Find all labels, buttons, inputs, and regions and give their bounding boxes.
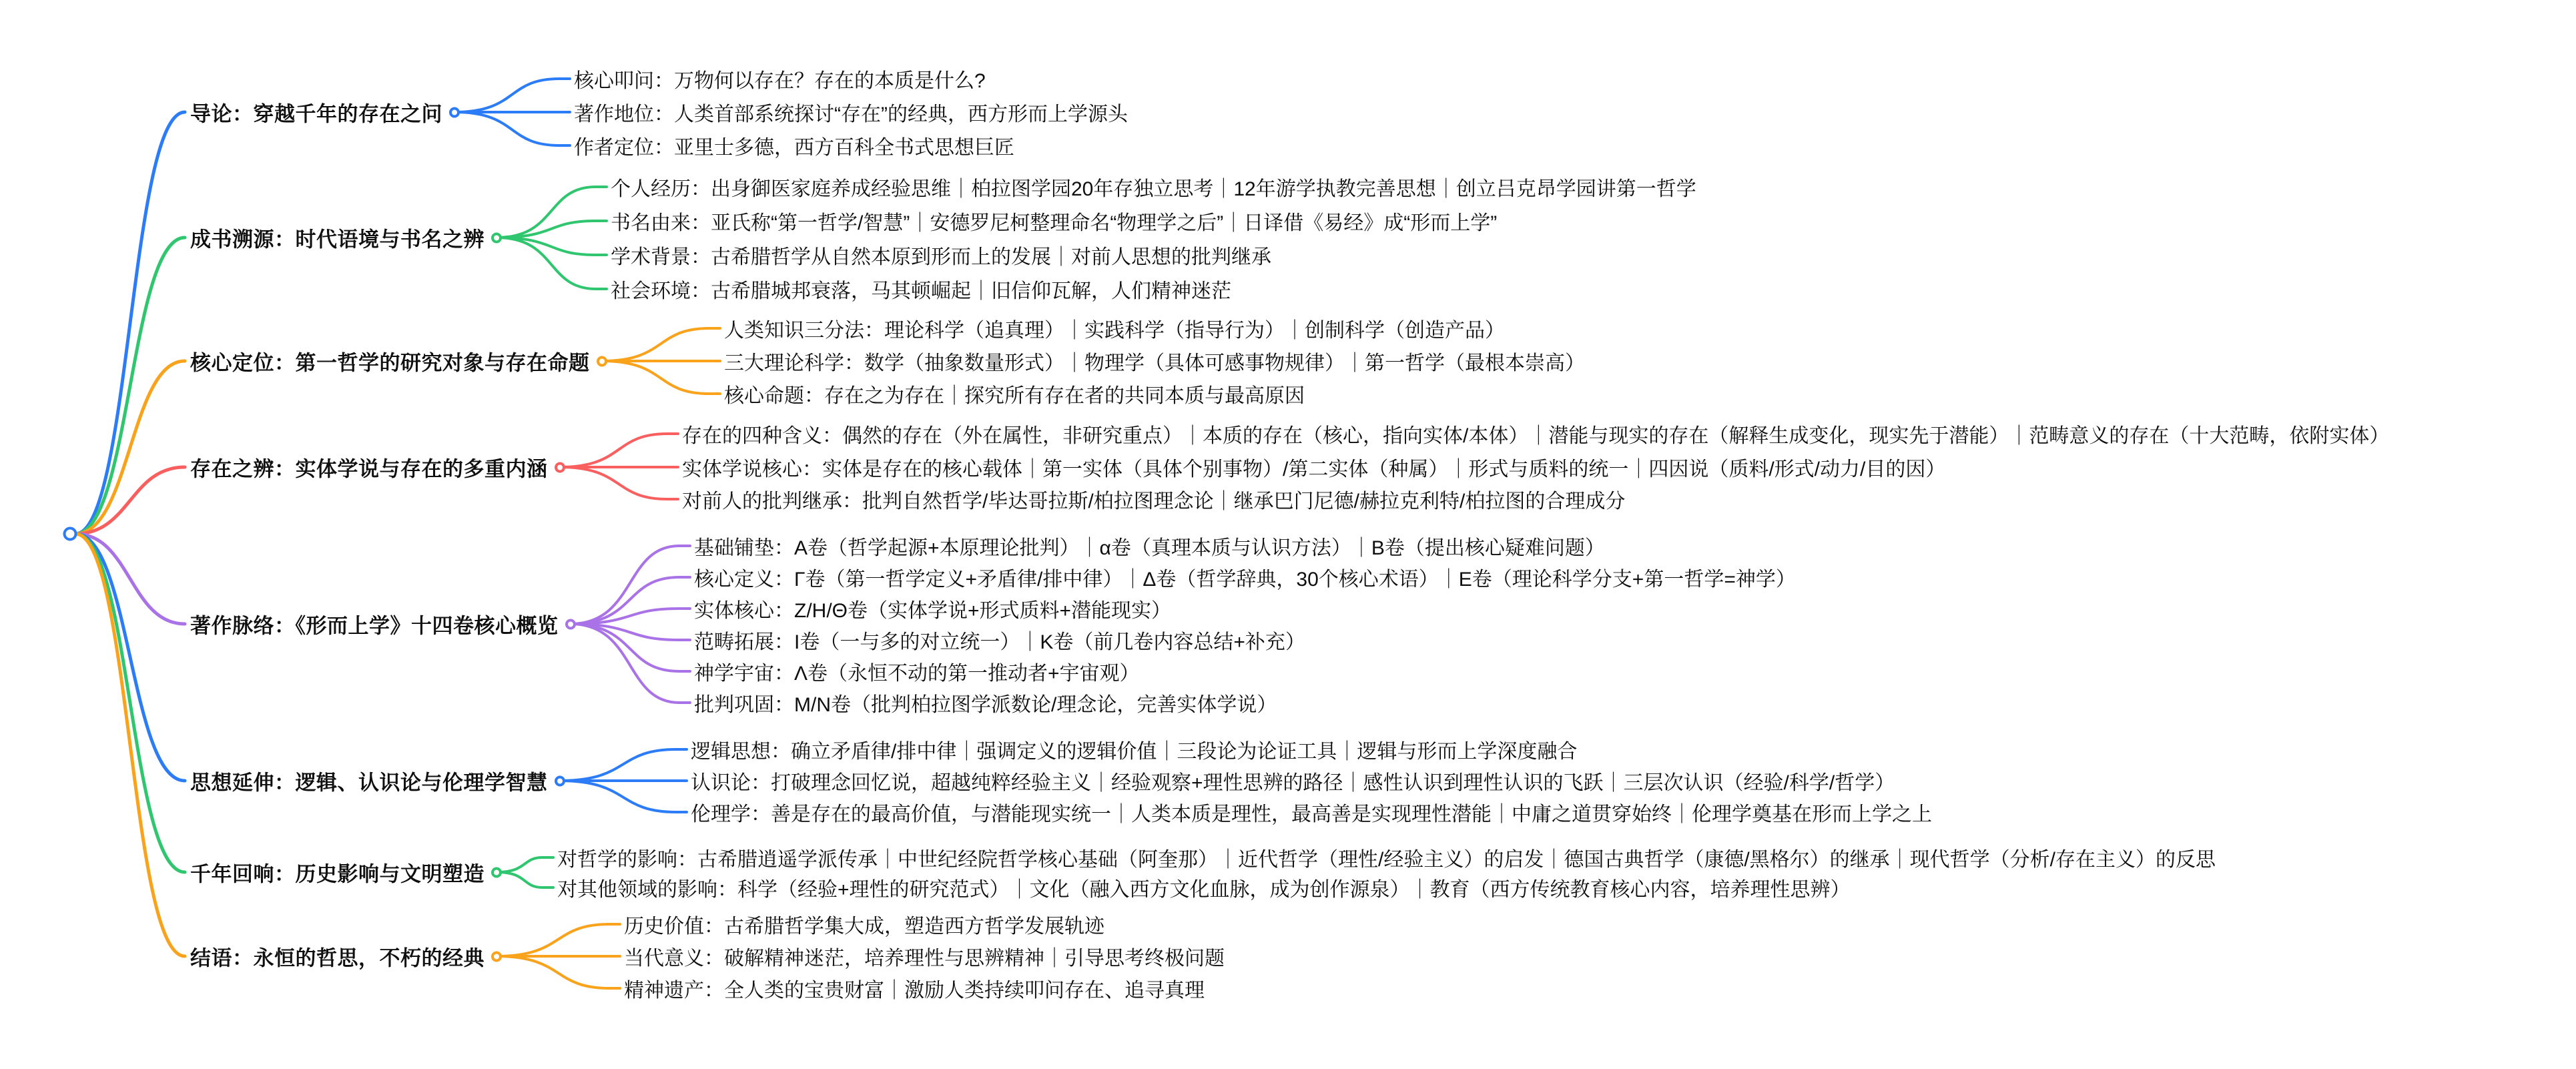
branch-label: 核心定位：第一哲学的研究对象与存在命题 bbox=[190, 346, 590, 376]
child-node[interactable]: 个人经历：出身御医家庭养成经验思维｜柏拉图学园20年存独立思考｜12年游学执教完… bbox=[611, 172, 1696, 202]
child-node[interactable]: 批判巩固：M/N卷（批判柏拉图学派数论/理念论，完善实体学说） bbox=[694, 688, 1277, 717]
child-node[interactable]: 核心叩问：万物何以存在？存在的本质是什么? bbox=[574, 64, 986, 93]
child-node[interactable]: 三大理论科学：数学（抽象数量形式）｜物理学（具体可感事物规律）｜第一哲学（最根本… bbox=[724, 346, 1585, 376]
mindmap-canvas: 导论：穿越千年的存在之问 成书溯源：时代语境与书名之辨 核心定位：第一哲学的研究… bbox=[0, 0, 2576, 1069]
child-label: 历史价值：古希腊哲学集大成，塑造西方哲学发展轨迹 bbox=[624, 916, 1104, 938]
child-label: 三大理论科学：数学（抽象数量形式）｜物理学（具体可感事物规律）｜第一哲学（最根本… bbox=[724, 352, 1585, 374]
root-circle-icon[interactable] bbox=[63, 527, 77, 541]
branch-node[interactable]: 存在之辨：实体学说与存在的多重内涵 bbox=[190, 452, 565, 482]
child-label: 基础铺垫：A卷（哲学起源+本原理论批判）｜α卷（真理本质与认识方法）｜B卷（提出… bbox=[694, 537, 1605, 559]
child-node[interactable]: 实体学说核心：实体是存在的核心载体｜第一实体（具体个别事物）/第二实体（种属）｜… bbox=[682, 452, 1945, 482]
collapse-toggle-icon[interactable] bbox=[555, 462, 565, 472]
child-label: 当代意义：破解精神迷茫，培养理性与思辨精神｜引导思考终极问题 bbox=[624, 948, 1225, 970]
child-label: 实体核心：Z/H/Θ卷（实体学说+形式质料+潜能现实） bbox=[694, 600, 1171, 622]
branch-node[interactable]: 千年回响：历史影响与文明塑造 bbox=[190, 857, 502, 887]
child-label: 书名由来：亚氏称“第一哲学/智慧”｜安德罗尼柯整理命名“物理学之后”｜日译借《易… bbox=[611, 212, 1497, 234]
branch-node[interactable]: 导论：穿越千年的存在之问 bbox=[190, 97, 460, 127]
child-node[interactable]: 精神遗产：全人类的宝贵财富｜激励人类持续叩问存在、追寻真理 bbox=[624, 974, 1205, 1003]
branch-label: 千年回响：历史影响与文明塑造 bbox=[190, 857, 485, 887]
child-node[interactable]: 存在的四种含义：偶然的存在（外在属性，非研究重点）｜本质的存在（核心，指向实体/… bbox=[682, 419, 2389, 448]
child-node[interactable]: 伦理学：善是存在的最高价值，与潜能现实统一｜人类本质是理性，最高善是实现理性潜能… bbox=[691, 797, 1932, 827]
collapse-toggle-icon[interactable] bbox=[491, 951, 502, 962]
collapse-toggle-icon[interactable] bbox=[491, 867, 502, 877]
child-node[interactable]: 作者定位：亚里士多德，西方百科全书式思想巨匠 bbox=[574, 131, 1014, 160]
child-label: 对前人的批判继承：批判自然哲学/毕达哥拉斯/柏拉图理念论｜继承巴门尼德/赫拉克利… bbox=[682, 490, 1625, 512]
child-node[interactable]: 当代意义：破解精神迷茫，培养理性与思辨精神｜引导思考终极问题 bbox=[624, 942, 1225, 971]
child-label: 著作地位：人类首部系统探讨“存在”的经典，西方形而上学源头 bbox=[574, 103, 1128, 125]
branch-node[interactable]: 成书溯源：时代语境与书名之辨 bbox=[190, 223, 502, 253]
child-label: 认识论：打破理念回忆说，超越纯粹经验主义｜经验观察+理性思辨的路径｜感性认识到理… bbox=[691, 772, 1895, 794]
child-label: 个人经历：出身御医家庭养成经验思维｜柏拉图学园20年存独立思考｜12年游学执教完… bbox=[611, 178, 1696, 200]
collapse-toggle-icon[interactable] bbox=[491, 232, 502, 243]
child-node[interactable]: 认识论：打破理念回忆说，超越纯粹经验主义｜经验观察+理性思辨的路径｜感性认识到理… bbox=[691, 766, 1895, 795]
collapse-toggle-icon[interactable] bbox=[565, 619, 576, 629]
child-node[interactable]: 范畴拓展：I卷（一与多的对立统一）｜K卷（前几卷内容总结+补充） bbox=[694, 625, 1305, 655]
child-node[interactable]: 对其他领域的影响：科学（经验+理性的研究范式）｜文化（融入西方文化血脉，成为创作… bbox=[557, 873, 1851, 902]
child-label: 范畴拓展：I卷（一与多的对立统一）｜K卷（前几卷内容总结+补充） bbox=[694, 631, 1305, 653]
child-label: 批判巩固：M/N卷（批判柏拉图学派数论/理念论，完善实体学说） bbox=[694, 694, 1277, 716]
child-label: 精神遗产：全人类的宝贵财富｜激励人类持续叩问存在、追寻真理 bbox=[624, 980, 1205, 1002]
child-node[interactable]: 逻辑思想：确立矛盾律/排中律｜强调定义的逻辑价值｜三段论为论证工具｜逻辑与形而上… bbox=[691, 735, 1577, 764]
collapse-toggle-icon[interactable] bbox=[449, 107, 460, 117]
child-label: 学术背景：古希腊哲学从自然本原到形而上的发展｜对前人思想的批判继承 bbox=[611, 246, 1271, 268]
child-label: 核心叩问：万物何以存在？存在的本质是什么? bbox=[574, 70, 986, 92]
child-label: 伦理学：善是存在的最高价值，与潜能现实统一｜人类本质是理性，最高善是实现理性潜能… bbox=[691, 803, 1932, 825]
collapse-toggle-icon[interactable] bbox=[555, 775, 565, 786]
child-label: 逻辑思想：确立矛盾律/排中律｜强调定义的逻辑价值｜三段论为论证工具｜逻辑与形而上… bbox=[691, 741, 1577, 763]
child-label: 社会环境：古希腊城邦衰落，马其顿崛起｜旧信仰瓦解，人们精神迷茫 bbox=[611, 280, 1231, 302]
child-label: 人类知识三分法：理论科学（追真理）｜实践科学（指导行为）｜创制科学（创造产品） bbox=[724, 320, 1505, 342]
child-node[interactable]: 神学宇宙：Λ卷（永恒不动的第一推动者+宇宙观） bbox=[694, 657, 1140, 686]
branch-label: 著作脉络：《形而上学》十四卷核心概览 bbox=[190, 609, 559, 639]
branch-node[interactable]: 思想延伸：逻辑、认识论与伦理学智慧 bbox=[190, 766, 565, 796]
child-node[interactable]: 对哲学的影响：古希腊逍遥学派传承｜中世纪经院哲学核心基础（阿奎那）｜近代哲学（理… bbox=[557, 843, 2216, 872]
child-node[interactable]: 历史价值：古希腊哲学集大成，塑造西方哲学发展轨迹 bbox=[624, 910, 1104, 939]
child-label: 作者定位：亚里士多德，西方百科全书式思想巨匠 bbox=[574, 137, 1014, 159]
child-node[interactable]: 著作地位：人类首部系统探讨“存在”的经典，西方形而上学源头 bbox=[574, 97, 1128, 127]
branch-label: 思想延伸：逻辑、认识论与伦理学智慧 bbox=[190, 766, 548, 796]
branch-node[interactable]: 结语：永恒的哲思，不朽的经典 bbox=[190, 942, 502, 972]
child-node[interactable]: 社会环境：古希腊城邦衰落，马其顿崛起｜旧信仰瓦解，人们精神迷茫 bbox=[611, 274, 1231, 304]
child-node[interactable]: 学术背景：古希腊哲学从自然本原到形而上的发展｜对前人思想的批判继承 bbox=[611, 240, 1271, 270]
collapse-toggle-icon[interactable] bbox=[597, 356, 607, 366]
child-node[interactable]: 基础铺垫：A卷（哲学起源+本原理论批判）｜α卷（真理本质与认识方法）｜B卷（提出… bbox=[694, 531, 1605, 561]
child-label: 对其他领域的影响：科学（经验+理性的研究范式）｜文化（融入西方文化血脉，成为创作… bbox=[557, 879, 1851, 901]
child-label: 存在的四种含义：偶然的存在（外在属性，非研究重点）｜本质的存在（核心，指向实体/… bbox=[682, 425, 2389, 447]
branch-label: 成书溯源：时代语境与书名之辨 bbox=[190, 223, 485, 253]
branch-node[interactable]: 核心定位：第一哲学的研究对象与存在命题 bbox=[190, 346, 607, 376]
branch-label: 存在之辨：实体学说与存在的多重内涵 bbox=[190, 452, 548, 482]
child-node[interactable]: 核心定义：Γ卷（第一哲学定义+矛盾律/排中律）｜Δ卷（哲学辞典，30个核心术语）… bbox=[694, 563, 1796, 592]
child-label: 实体学说核心：实体是存在的核心载体｜第一实体（具体个别事物）/第二实体（种属）｜… bbox=[682, 458, 1945, 480]
child-node[interactable]: 核心命题：存在之为存在｜探究所有存在者的共同本质与最高原因 bbox=[724, 379, 1305, 408]
child-label: 对哲学的影响：古希腊逍遥学派传承｜中世纪经院哲学核心基础（阿奎那）｜近代哲学（理… bbox=[557, 849, 2216, 871]
child-label: 神学宇宙：Λ卷（永恒不动的第一推动者+宇宙观） bbox=[694, 663, 1140, 685]
root-node[interactable] bbox=[63, 527, 77, 541]
branch-label: 结语：永恒的哲思，不朽的经典 bbox=[190, 942, 485, 972]
branch-node[interactable]: 著作脉络：《形而上学》十四卷核心概览 bbox=[190, 609, 576, 639]
branch-label: 导论：穿越千年的存在之问 bbox=[190, 97, 442, 127]
child-node[interactable]: 书名由来：亚氏称“第一哲学/智慧”｜安德罗尼柯整理命名“物理学之后”｜日译借《易… bbox=[611, 206, 1497, 236]
child-node[interactable]: 人类知识三分法：理论科学（追真理）｜实践科学（指导行为）｜创制科学（创造产品） bbox=[724, 314, 1505, 343]
child-label: 核心定义：Γ卷（第一哲学定义+矛盾律/排中律）｜Δ卷（哲学辞典，30个核心术语）… bbox=[694, 569, 1796, 591]
child-node[interactable]: 实体核心：Z/H/Θ卷（实体学说+形式质料+潜能现实） bbox=[694, 594, 1171, 623]
child-node[interactable]: 对前人的批判继承：批判自然哲学/毕达哥拉斯/柏拉图理念论｜继承巴门尼德/赫拉克利… bbox=[682, 484, 1625, 514]
child-label: 核心命题：存在之为存在｜探究所有存在者的共同本质与最高原因 bbox=[724, 385, 1305, 407]
